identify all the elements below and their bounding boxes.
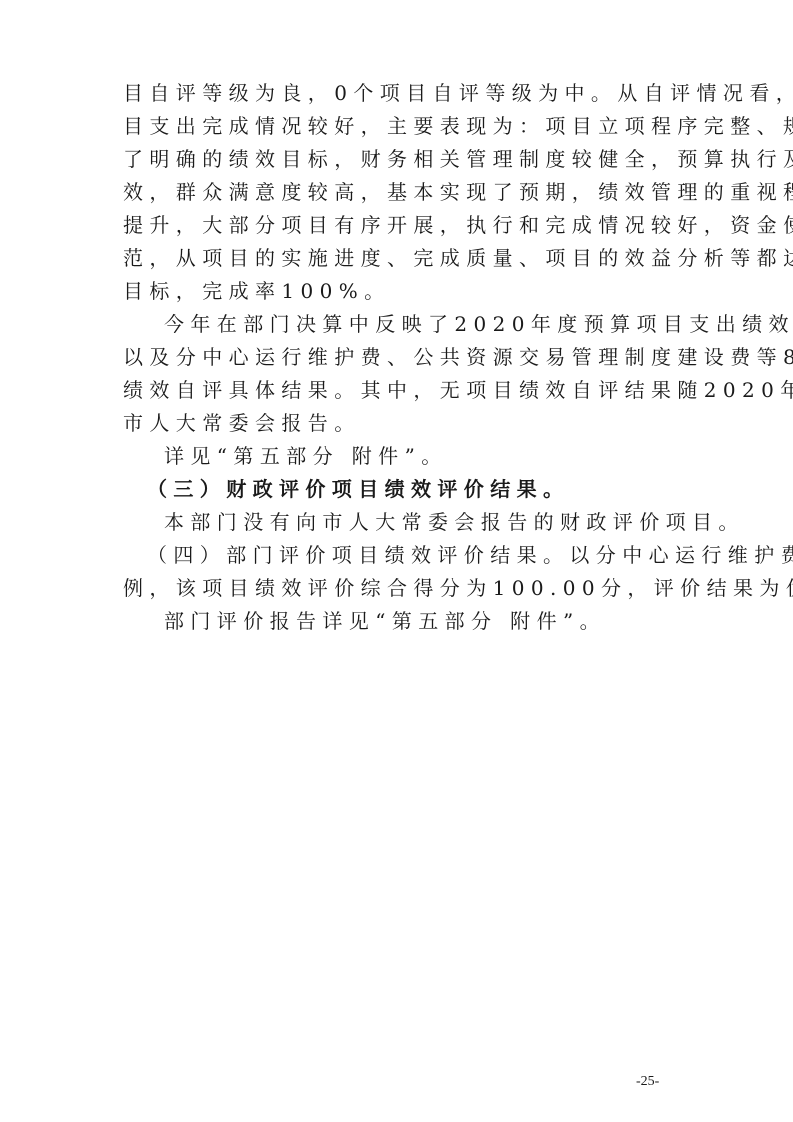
- text-line: 今年在部门决算中反映了2020年度预算项目支出绩效自评情况，: [123, 310, 721, 343]
- text-line: 例，该项目绩效评价综合得分为100.00分，评价结果为优。: [123, 574, 721, 607]
- text-line: 效，群众满意度较高，基本实现了预期，绩效管理的重视程度进一步: [123, 178, 721, 211]
- page-number: -25-: [636, 1074, 659, 1090]
- text-line: 目标，完成率100%。: [123, 277, 721, 310]
- text-line: 详见“第五部分 附件”。: [123, 442, 721, 475]
- text-line: 绩效自评具体结果。其中，无项目绩效自评结果随2020年度决算向: [123, 376, 721, 409]
- section-heading: （四）部门评价项目绩效评价结果。以分中心运行维护费项目为: [123, 541, 721, 574]
- section-heading: （三）财政评价项目绩效评价结果。: [123, 475, 721, 508]
- text-line: 了明确的绩效目标，财务相关管理制度较健全，预算执行及时、有: [123, 145, 721, 178]
- text-line: 提升，大部分项目有序开展，执行和完成情况较好，资金使用比较规: [123, 211, 721, 244]
- body-text: 目自评等级为良，0个项目自评等级为中。从自评情况看，上述8个项 目支出完成情况较…: [123, 79, 721, 640]
- text-line: 目自评等级为良，0个项目自评等级为中。从自评情况看，上述8个项: [123, 79, 721, 112]
- text-line: 以及分中心运行维护费、公共资源交易管理制度建设费等8个项目的: [123, 343, 721, 376]
- text-line: 目支出完成情况较好，主要表现为：项目立项程序完整、规范，设置: [123, 112, 721, 145]
- text-line: 部门评价报告详见“第五部分 附件”。: [123, 607, 721, 640]
- text-line: 市人大常委会报告。: [123, 409, 721, 442]
- document-page: 目自评等级为良，0个项目自评等级为中。从自评情况看，上述8个项 目支出完成情况较…: [0, 0, 793, 1122]
- text-line: 本部门没有向市人大常委会报告的财政评价项目。: [123, 508, 721, 541]
- text-line: 范，从项目的实施进度、完成质量、项目的效益分析等都达到了预期: [123, 244, 721, 277]
